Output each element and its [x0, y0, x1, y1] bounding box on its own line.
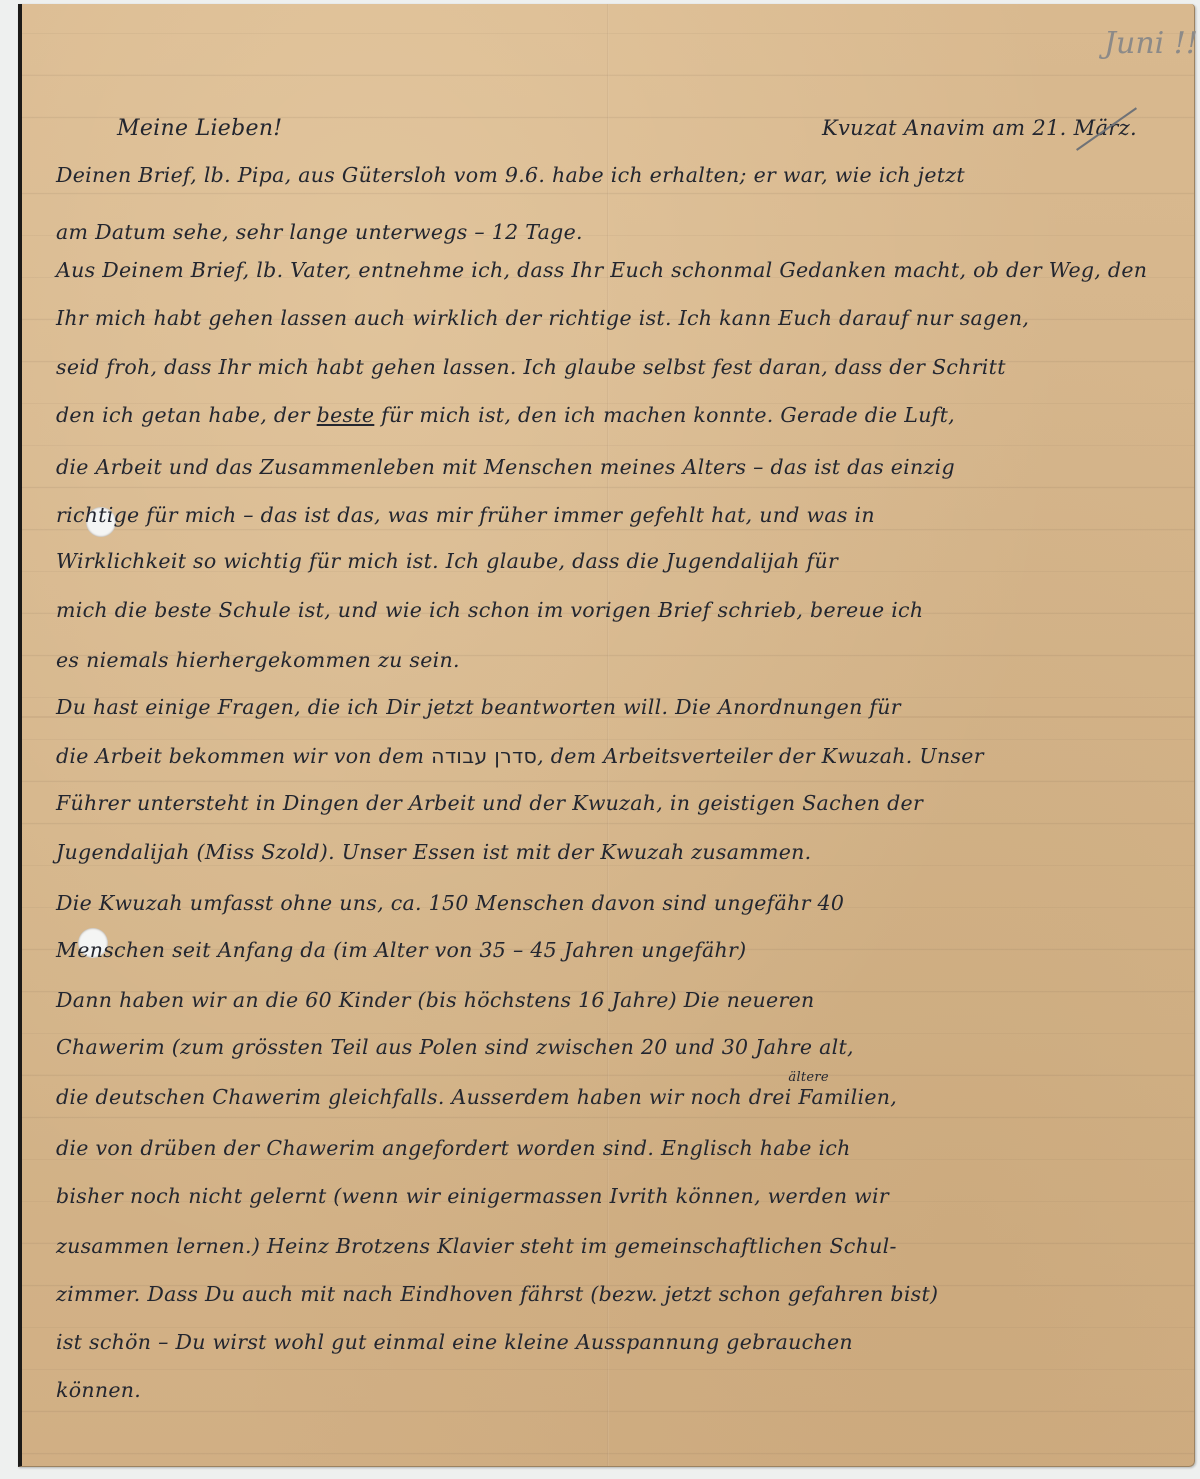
line-text: Ihr mich habt gehen lassen auch wirklich…: [56, 306, 1029, 330]
line-text: richtige für mich – das ist das, was mir…: [56, 503, 875, 527]
line-text: Jugendalijah (Miss Szold). Unser Essen i…: [56, 840, 811, 864]
line-text: für mich ist, den ich machen konnte. Ger…: [374, 403, 955, 427]
line-text: Wirklichkeit so wichtig für mich ist. Ic…: [56, 549, 838, 573]
letter-line: Dann haben wir an die 60 Kinder (bis höc…: [56, 990, 815, 1011]
line-text: können.: [56, 1378, 141, 1402]
line-text: Führer untersteht in Dingen der Arbeit u…: [56, 791, 923, 815]
line-text: Menschen seit Anfang da (im Alter von 35…: [56, 938, 746, 962]
letter-line: Aus Deinem Brief, lb. Vater, entnehme ic…: [56, 260, 1147, 281]
superscript-insertion: ältere: [788, 1071, 829, 1084]
place-and-date: Kvuzat Anavim am 21. März.: [822, 116, 1137, 140]
line-text: seid froh, dass Ihr mich habt gehen lass…: [56, 355, 1006, 379]
letter-line: den ich getan habe, der beste für mich i…: [56, 405, 955, 426]
line-text: den ich getan habe, der: [56, 403, 317, 427]
line-text: Aus Deinem Brief, lb. Vater, entnehme ic…: [56, 258, 1147, 282]
letter-line: Menschen seit Anfang da (im Alter von 35…: [56, 940, 746, 961]
letter-line: Ihr mich habt gehen lassen auch wirklich…: [56, 308, 1029, 329]
letter-line: Du hast einige Fragen, die ich Dir jetzt…: [56, 697, 901, 718]
letter-line: richtige für mich – das ist das, was mir…: [56, 505, 875, 526]
hebrew-term: סדרן עבודה: [431, 744, 537, 768]
letter-line: die von drüben der Chawerim angefordert …: [56, 1138, 851, 1159]
line-text: die deutschen Chawerim gleichfalls. Auss…: [56, 1085, 798, 1109]
letter-line: die Arbeit bekommen wir von dem סדרן עבו…: [56, 746, 984, 767]
salutation: Meine Lieben!: [117, 116, 282, 141]
line-text: Chawerim (zum grössten Teil aus Polen si…: [56, 1035, 854, 1059]
letter-line: am Datum sehe, sehr lange unterwegs – 12…: [56, 222, 583, 243]
letter-line: zimmer. Dass Du auch mit nach Eindhoven …: [56, 1284, 938, 1305]
line-text: zusammen lernen.) Heinz Brotzens Klavier…: [56, 1234, 897, 1258]
letter-line: bisher noch nicht gelernt (wenn wir eini…: [56, 1186, 889, 1207]
line-text: ist schön – Du wirst wohl gut einmal ein…: [56, 1330, 853, 1354]
line-text: bisher noch nicht gelernt (wenn wir eini…: [56, 1184, 889, 1208]
pencil-correction: Juni !!: [1104, 26, 1198, 61]
line-text: Dann haben wir an die 60 Kinder (bis höc…: [56, 988, 815, 1012]
letter-line: mich die beste Schule ist, und wie ich s…: [56, 600, 923, 621]
line-text: Die Kwuzah umfasst ohne uns, ca. 150 Men…: [56, 891, 844, 915]
line-text: die Arbeit und das Zusammenleben mit Men…: [56, 455, 955, 479]
letter-line: Führer untersteht in Dingen der Arbeit u…: [56, 793, 923, 814]
letter-line: zusammen lernen.) Heinz Brotzens Klavier…: [56, 1236, 897, 1257]
letter-line: Wirklichkeit so wichtig für mich ist. Ic…: [56, 551, 838, 572]
scanned-page: Juni !! Meine Lieben! Kvuzat Anavim am 2…: [0, 0, 1200, 1479]
place-date-prefix: Kvuzat Anavim am 21.: [822, 116, 1067, 140]
line-text: Familien,: [798, 1085, 897, 1109]
letter-line: ist schön – Du wirst wohl gut einmal ein…: [56, 1332, 853, 1353]
underlined-word: beste: [317, 403, 375, 427]
line-text: die Arbeit bekommen wir von dem: [56, 744, 431, 768]
letter-line: Deinen Brief, lb. Pipa, aus Gütersloh vo…: [56, 165, 965, 186]
letter-line: können.: [56, 1380, 141, 1401]
letter-paper: Juni !! Meine Lieben! Kvuzat Anavim am 2…: [18, 4, 1195, 1467]
line-text: Du hast einige Fragen, die ich Dir jetzt…: [56, 695, 901, 719]
letter-line: seid froh, dass Ihr mich habt gehen lass…: [56, 357, 1006, 378]
struck-month: März: [1074, 116, 1130, 140]
line-text: , dem Arbeitsverteiler der Kwuzah. Unser: [537, 744, 984, 768]
letter-line: Jugendalijah (Miss Szold). Unser Essen i…: [56, 842, 811, 863]
letter-line: Chawerim (zum grössten Teil aus Polen si…: [56, 1037, 854, 1058]
line-text: mich die beste Schule ist, und wie ich s…: [56, 598, 923, 622]
line-text: es niemals hierhergekommen zu sein.: [56, 648, 460, 672]
line-text: zimmer. Dass Du auch mit nach Eindhoven …: [56, 1282, 938, 1306]
letter-line: Die Kwuzah umfasst ohne uns, ca. 150 Men…: [56, 893, 844, 914]
letter-line: die Arbeit und das Zusammenleben mit Men…: [56, 457, 955, 478]
line-text: die von drüben der Chawerim angefordert …: [56, 1136, 851, 1160]
letter-line: die deutschen Chawerim gleichfalls. Auss…: [56, 1087, 897, 1108]
line-text: Deinen Brief, lb. Pipa, aus Gütersloh vo…: [56, 163, 965, 187]
letter-line: es niemals hierhergekommen zu sein.: [56, 650, 460, 671]
line-text: am Datum sehe, sehr lange unterwegs – 12…: [56, 220, 583, 244]
